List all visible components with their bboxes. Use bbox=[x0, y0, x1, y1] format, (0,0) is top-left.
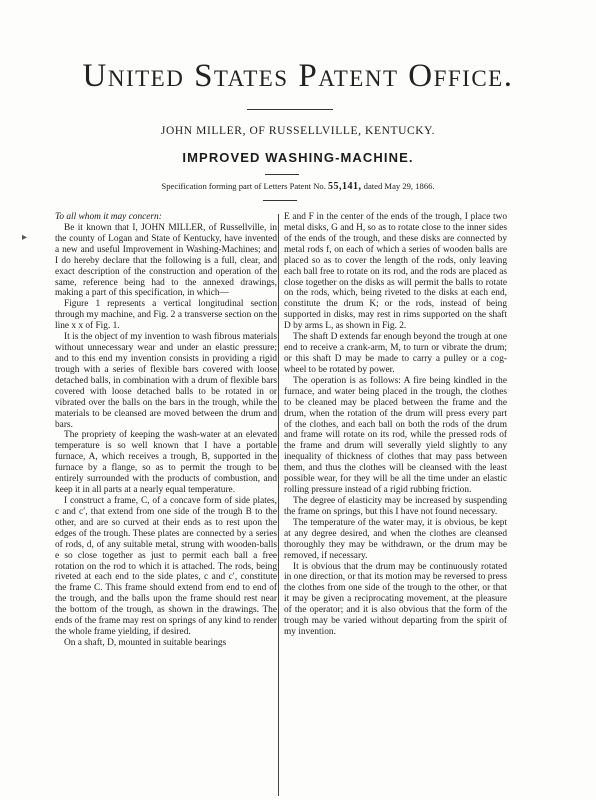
spec-prefix: Specification forming part of Letters Pa… bbox=[161, 181, 325, 191]
left-column: To all whom it may concern: Be it known … bbox=[55, 212, 277, 649]
right-column: E and F in the center of the ends of the… bbox=[284, 212, 507, 638]
title-rule-2 bbox=[265, 174, 299, 175]
spec-date: dated May 29, 1866. bbox=[364, 181, 435, 191]
paragraph: E and F in the center of the ends of the… bbox=[284, 212, 507, 332]
paragraph: Be it known that I, JOHN MILLER, of Russ… bbox=[55, 223, 277, 299]
paragraph: I construct a frame, C, of a concave for… bbox=[55, 496, 277, 638]
spec-rule bbox=[263, 200, 297, 201]
paragraph: The shaft D extends far enough beyond th… bbox=[284, 332, 507, 376]
paragraph: It is obvious that the drum may be conti… bbox=[284, 562, 507, 638]
margin-mark: ▸ bbox=[22, 232, 27, 243]
patent-number: 55,141, bbox=[328, 181, 362, 192]
paragraph: The degree of elasticity may be increase… bbox=[284, 496, 507, 518]
specification-line: Specification forming part of Letters Pa… bbox=[0, 181, 596, 192]
paragraph: On a shaft, D, mounted in suitable beari… bbox=[55, 638, 277, 649]
paragraph: The temperature of the water may, it is … bbox=[284, 518, 507, 562]
invention-title: IMPROVED WASHING-MACHINE. bbox=[0, 150, 596, 165]
paragraph: It is the object of my invention to wash… bbox=[55, 332, 277, 430]
title-rule bbox=[247, 109, 333, 110]
paragraph: The operation is as follows: A fire bein… bbox=[284, 376, 507, 496]
inventor-line: JOHN MILLER, OF RUSSELLVILLE, KENTUCKY. bbox=[0, 125, 596, 137]
salutation: To all whom it may concern: bbox=[55, 212, 277, 223]
paragraph: Figure 1 represents a vertical longitudi… bbox=[55, 299, 277, 332]
paragraph: The propriety of keeping the wash-water … bbox=[55, 430, 277, 496]
column-divider bbox=[278, 214, 279, 796]
patent-office-title: United States Patent Office. bbox=[0, 58, 596, 95]
